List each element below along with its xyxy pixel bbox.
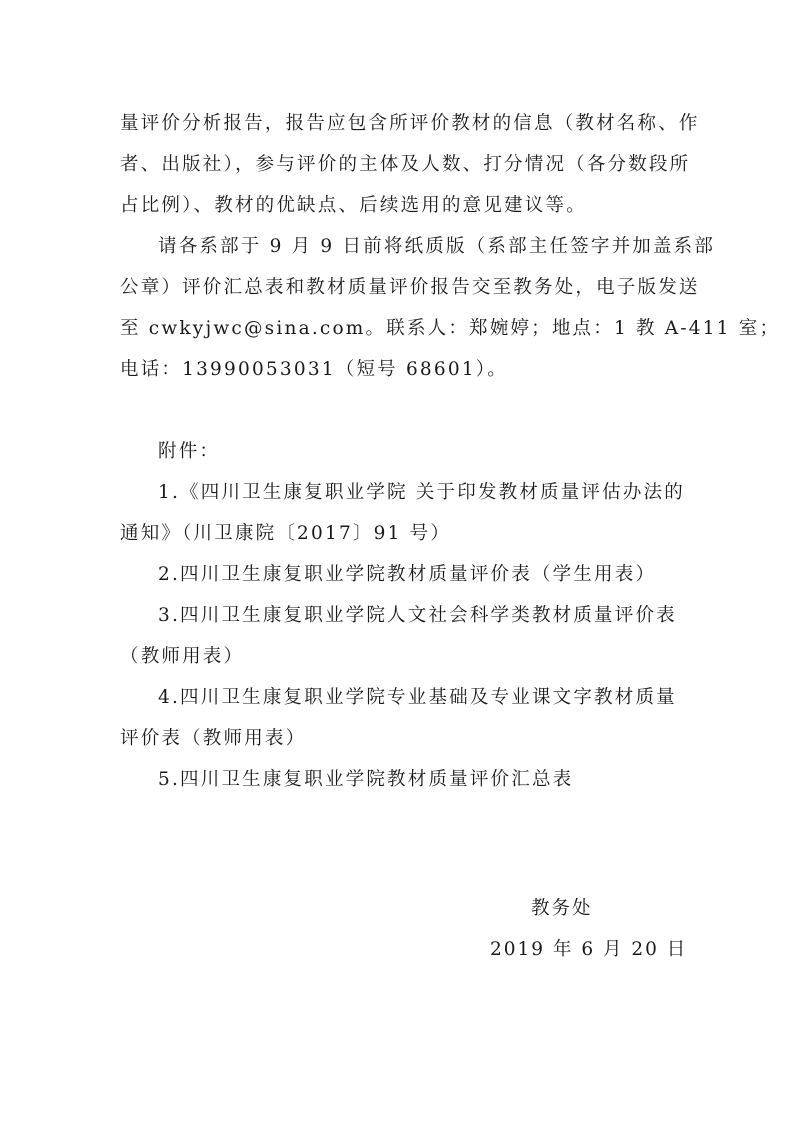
issue-date: 2019 年 6 月 20 日 bbox=[490, 939, 687, 961]
attachment-title: 2.四川卫生康复职业学院教材质量评价表（学生用表） bbox=[158, 564, 718, 586]
text-line: 量评价分析报告，报告应包含所评价教材的信息（教材名称、作 bbox=[120, 113, 680, 135]
text-line: 请各系部于 9 月 9 日前将纸质版（系部主任签字并加盖系部 bbox=[158, 236, 718, 258]
text-line: 者、出版社），参与评价的主体及人数、打分情况（各分数段所 bbox=[120, 154, 680, 176]
attachment-title-continued: 通知》（川卫康院〔2017〕91 号） bbox=[120, 523, 680, 545]
attachment-title-continued: （教师用表） bbox=[120, 646, 680, 668]
text-line: 电话：13990053031（短号 68601）。 bbox=[120, 359, 680, 381]
text-line: 公章）评价汇总表和教材质量评价报告交至教务处，电子版发送 bbox=[120, 277, 680, 299]
text-line: 至 cwkyjwc@sina.com。联系人：郑婉婷；地点：1 教 A-411 … bbox=[120, 318, 680, 340]
text-line: 占比例）、教材的优缺点、后续选用的意见建议等。 bbox=[120, 195, 680, 217]
attachment-title: 3.四川卫生康复职业学院人文社会科学类教材质量评价表 bbox=[158, 605, 718, 627]
attachment-title: 1.《四川卫生康复职业学院 关于印发教材质量评估办法的 bbox=[158, 482, 718, 504]
attachments-heading: 附件： bbox=[158, 441, 718, 463]
attachment-title: 4.四川卫生康复职业学院专业基础及专业课文字教材质量 bbox=[158, 687, 718, 709]
document-page: 量评价分析报告，报告应包含所评价教材的信息（教材名称、作 者、出版社），参与评价… bbox=[0, 0, 793, 1122]
issuing-office: 教务处 bbox=[531, 898, 593, 920]
attachment-title-continued: 评价表（教师用表） bbox=[120, 728, 680, 750]
attachment-title: 5.四川卫生康复职业学院教材质量评价汇总表 bbox=[158, 769, 718, 791]
